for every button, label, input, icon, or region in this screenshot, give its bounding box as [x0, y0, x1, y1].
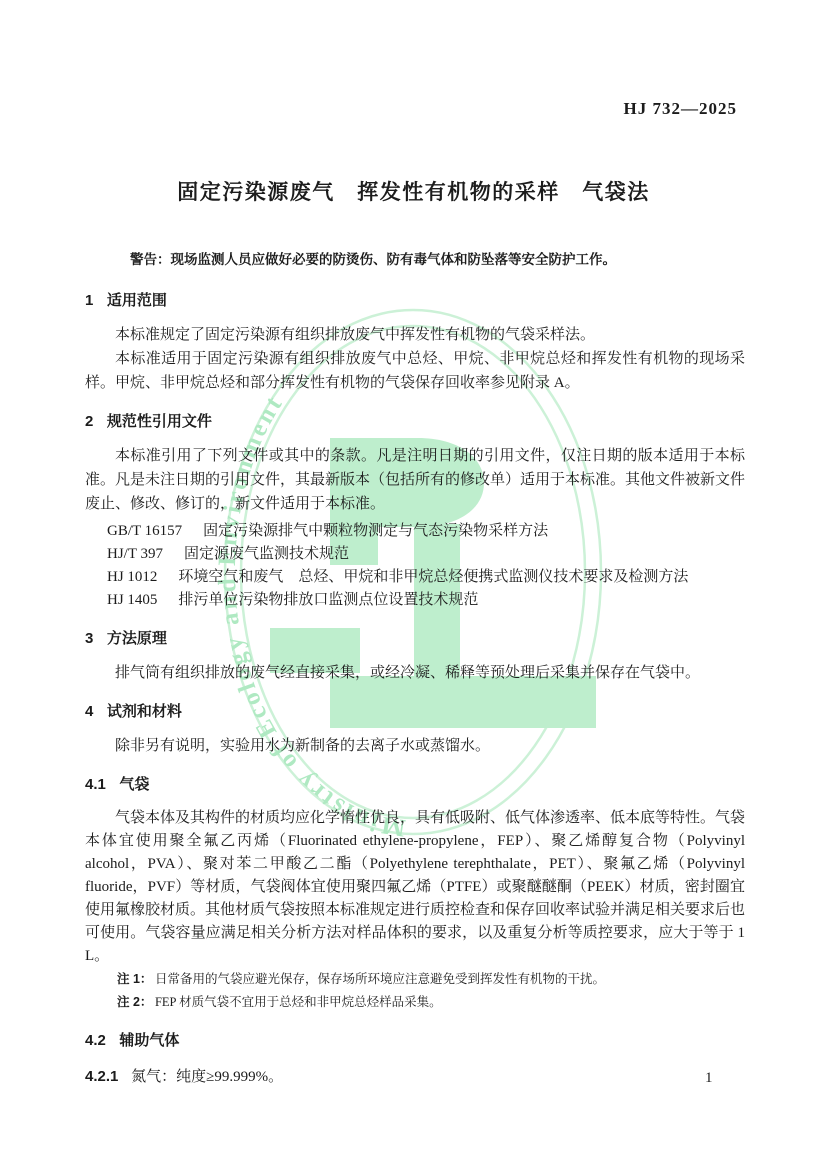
paragraph: 气袋本体及其构件的材质均应化学惰性优良，具有低吸附、低气体渗透率、低本底等特性。…: [85, 807, 745, 968]
section-4-heading: 4试剂和材料: [85, 703, 745, 720]
reference-name: 排污单位污染物排放口监测点位设置技术规范: [178, 592, 478, 608]
paragraph: 排气筒有组织排放的废气经直接采集，或经冷凝、稀释等预处理后采集并保存在气袋中。: [85, 661, 745, 685]
section-title: 辅助气体: [119, 1032, 179, 1049]
clause-text: 氮气：纯度≥99.999%。: [131, 1069, 283, 1085]
page-number: 1: [705, 1070, 713, 1087]
section-number: 3: [85, 630, 93, 647]
section-number: 4.1: [85, 776, 106, 793]
section-2-heading: 2规范性引用文件: [85, 413, 745, 430]
reference-name: 环境空气和废气 总烃、甲烷和非甲烷总烃便携式监测仪技术要求及检测方法: [178, 569, 688, 585]
document-title: 固定污染源废气 挥发性有机物的采样 气袋法: [0, 176, 827, 206]
reference-item: HJ 1405排污单位污染物排放口监测点位设置技术规范: [85, 589, 745, 612]
paragraph: 除非另有说明，实验用水为新制备的去离子水或蒸馏水。: [85, 734, 745, 758]
section-4-1-heading: 4.1气袋: [85, 776, 745, 793]
section-number: 1: [85, 292, 93, 309]
reference-item: HJ/T 397固定源废气监测技术规范: [85, 543, 745, 566]
note-text: 日常备用的气袋应避光保存，保存场所环境应注意避免受到挥发性有机物的干扰。: [155, 972, 605, 986]
reference-name: 固定源废气监测技术规范: [184, 546, 349, 562]
reference-code: HJ/T 397: [107, 546, 163, 562]
section-title: 适用范围: [107, 292, 167, 309]
section-number: 4.2: [85, 1032, 106, 1049]
standard-document-page: Ministry of Ecology and Environment HJ 7…: [0, 0, 827, 1170]
section-title: 气袋: [119, 776, 149, 793]
standard-code: HJ 732—2025: [624, 99, 737, 119]
note-item: 注 1：日常备用的气袋应避光保存，保存场所环境应注意避免受到挥发性有机物的干扰。: [85, 968, 745, 991]
reference-item: GB/T 16157固定污染源排气中颗粒物测定与气态污染物采样方法: [85, 520, 745, 543]
reference-code: HJ 1405: [107, 592, 157, 608]
clause-number: 4.2.1: [85, 1068, 118, 1085]
section-title: 方法原理: [107, 630, 167, 647]
note-label: 注 2：: [117, 995, 152, 1009]
section-number: 4: [85, 703, 93, 720]
section-title: 试剂和材料: [107, 703, 182, 720]
paragraph: 本标准引用了下列文件或其中的条款。凡是注明日期的引用文件，仅注日期的版本适用于本…: [85, 444, 745, 516]
reference-code: GB/T 16157: [107, 523, 182, 539]
section-number: 2: [85, 413, 93, 430]
reference-item: HJ 1012环境空气和废气 总烃、甲烷和非甲烷总烃便携式监测仪技术要求及检测方…: [85, 566, 745, 589]
clause-4-2-1: 4.2.1氮气：纯度≥99.999%。: [85, 1065, 745, 1089]
section-title: 规范性引用文件: [107, 413, 212, 430]
reference-code: HJ 1012: [107, 569, 157, 585]
note-label: 注 1：: [117, 972, 152, 986]
paragraph: 本标准规定了固定污染源有组织排放废气中挥发性有机物的气袋采样法。: [85, 323, 745, 347]
safety-warning: 警告：现场监测人员应做好必要的防烫伤、防有毒气体和防坠落等安全防护工作。: [130, 248, 745, 268]
reference-name: 固定污染源排气中颗粒物测定与气态污染物采样方法: [203, 523, 548, 539]
note-text: FEP 材质气袋不宜用于总烃和非甲烷总烃样品采集。: [155, 995, 442, 1009]
section-3-heading: 3方法原理: [85, 630, 745, 647]
section-4-2-heading: 4.2辅助气体: [85, 1032, 745, 1049]
paragraph: 本标准适用于固定污染源有组织排放废气中总烃、甲烷、非甲烷总烃和挥发性有机物的现场…: [85, 347, 745, 395]
reference-list: GB/T 16157固定污染源排气中颗粒物测定与气态污染物采样方法 HJ/T 3…: [85, 520, 745, 612]
document-body: 1适用范围 本标准规定了固定污染源有组织排放废气中挥发性有机物的气袋采样法。 本…: [85, 292, 745, 1089]
note-item: 注 2：FEP 材质气袋不宜用于总烃和非甲烷总烃样品采集。: [85, 991, 745, 1014]
section-1-heading: 1适用范围: [85, 292, 745, 309]
